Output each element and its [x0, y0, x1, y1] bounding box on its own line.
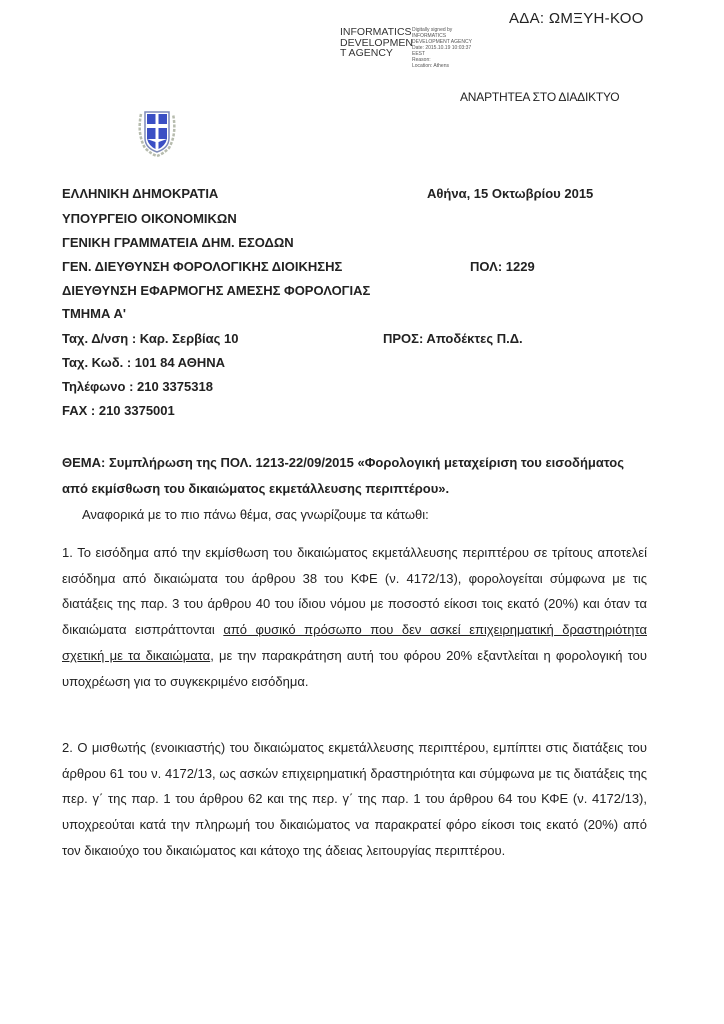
paragraph-2: 2. Ο μισθωτής (ενοικιαστής) του δικαιώμα… — [62, 735, 647, 864]
subject: ΘΕΜΑ: Συμπλήρωση της ΠΟΛ. 1213-22/09/201… — [62, 450, 647, 502]
pol-number: ΠΟΛ: 1229 — [470, 259, 535, 274]
digital-signature-details: Digitally signed by INFORMATICS DEVELOPM… — [412, 27, 472, 69]
recipients: ΠΡΟΣ: Αποδέκτες Π.Δ. — [383, 331, 523, 346]
header-line-secretariat: ΓΕΝΙΚΗ ΓΡΑΜΜΑΤΕΙΑ ΔΗΜ. ΕΣΟΔΩΝ — [62, 235, 294, 250]
header-line-general-directorate: ΓΕΝ. ΔΙΕΥΘΥΝΣΗ ΦΟΡΟΛΟΓΙΚΗΣ ΔΙΟΙΚΗΣΗΣ — [62, 259, 342, 274]
header-line-ministry: ΥΠΟΥΡΓΕΙΟ ΟΙΚΟΝΟΜΙΚΩΝ — [62, 211, 237, 226]
signature-meta-line: Location: Athens — [412, 63, 472, 69]
greek-coat-of-arms-icon — [135, 104, 179, 158]
document-date: Αθήνα, 15 Οκτωβρίου 2015 — [427, 186, 593, 201]
paragraph-2-text: 2. Ο μισθωτής (ενοικιαστής) του δικαιώμα… — [62, 740, 647, 858]
posting-note: ΑΝΑΡΤΗΤΕΑ ΣΤΟ ΔΙΑΔΙΚΤΥΟ — [460, 90, 619, 104]
header-line-department: ΤΜΗΜΑ Α' — [62, 306, 126, 321]
paragraph-1: 1. Το εισόδημα από την εκμίσθωση του δικ… — [62, 540, 647, 694]
header-line-directorate: ΔΙΕΥΘΥΝΣΗ ΕΦΑΡΜΟΓΗΣ ΑΜΕΣΗΣ ΦΟΡΟΛΟΓΙΑΣ — [62, 283, 370, 298]
digital-signature-org: INFORMATICS DEVELOPMEN T AGENCY — [340, 27, 413, 59]
subject-label: ΘΕΜΑ: — [62, 455, 105, 470]
intro-text: Αναφορικά με το πιο πάνω θέμα, σας γνωρί… — [82, 507, 642, 522]
header-phone: Τηλέφωνο : 210 3375318 — [62, 379, 213, 394]
subject-text: Συμπλήρωση της ΠΟΛ. 1213-22/09/2015 «Φορ… — [62, 455, 624, 496]
header-line-republic: ΕΛΛΗΝΙΚΗ ΔΗΜΟΚΡΑΤΙΑ — [62, 186, 218, 201]
header-postal-code: Ταχ. Κωδ. : 101 84 ΑΘΗΝΑ — [62, 355, 225, 370]
signature-org-line: INFORMATICS — [340, 27, 413, 38]
ada-code: ΑΔΑ: ΩΜΞΥΗ-ΚΟΟ — [509, 10, 644, 27]
signature-org-line: T AGENCY — [340, 48, 413, 59]
header-fax: FAX : 210 3375001 — [62, 403, 175, 418]
header-address: Ταχ. Δ/νση : Καρ. Σερβίας 10 — [62, 331, 239, 346]
